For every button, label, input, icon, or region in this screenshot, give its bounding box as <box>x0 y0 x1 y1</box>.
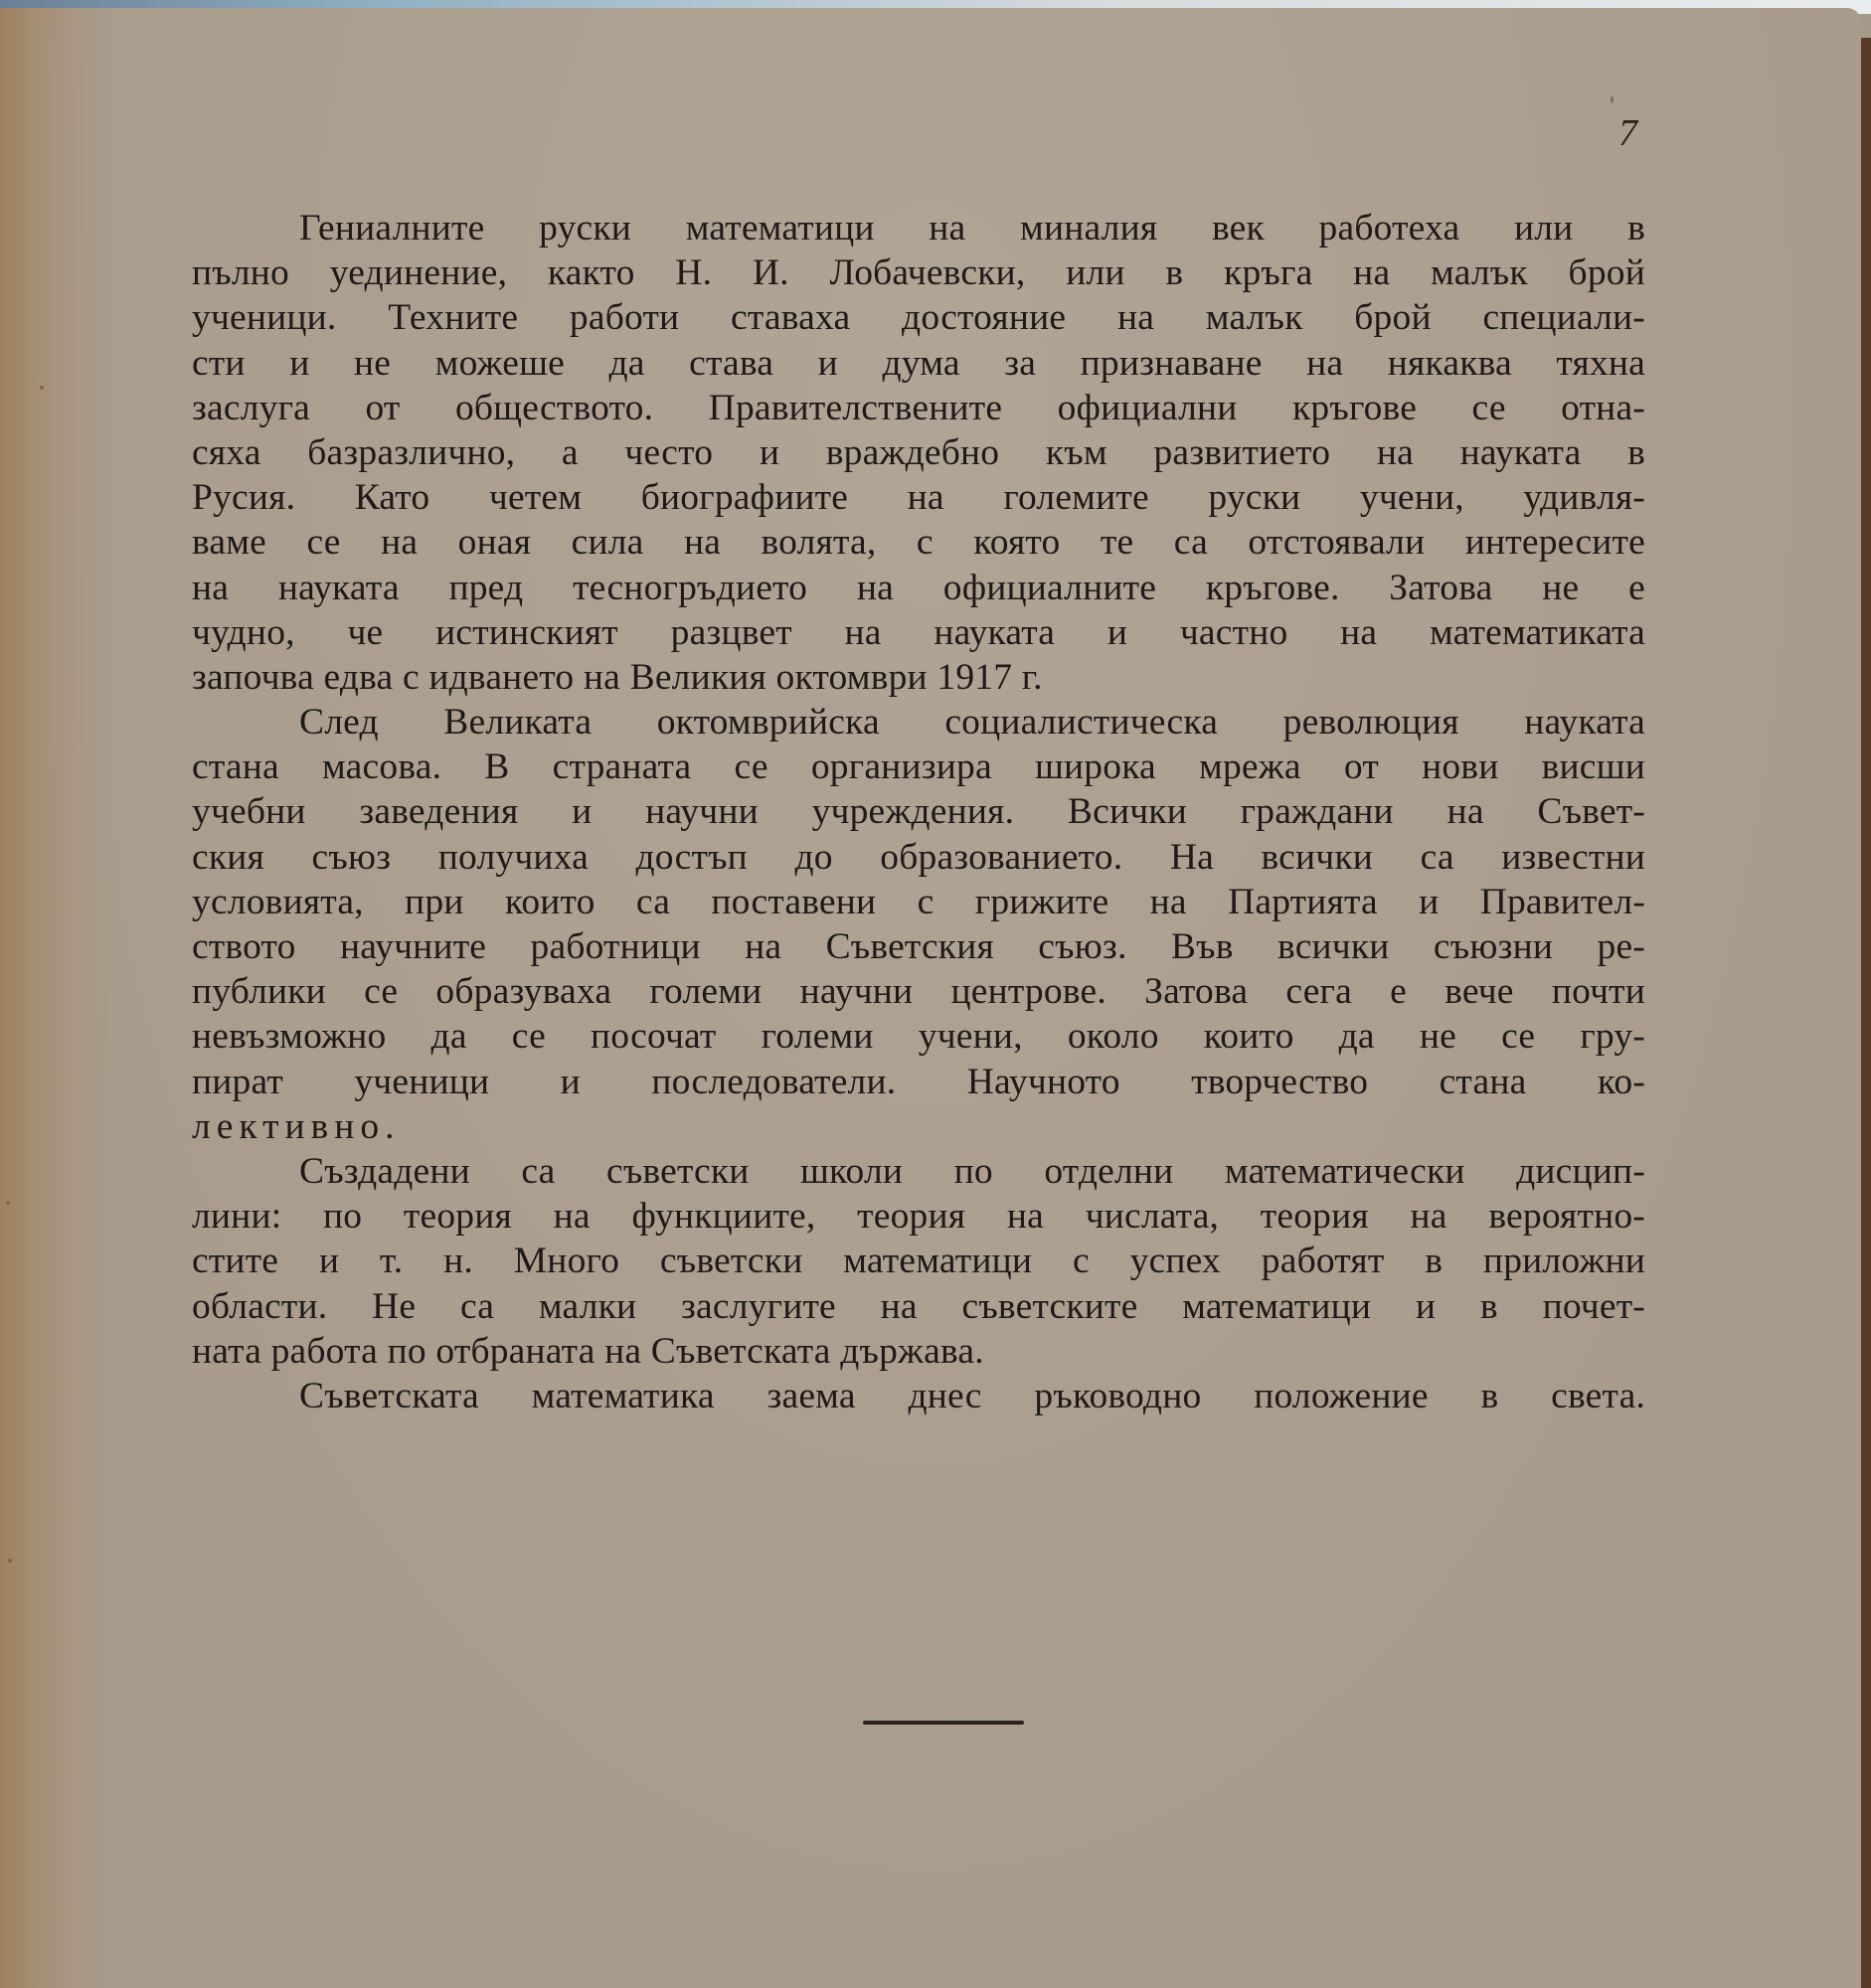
text-line: ученици. Техните работи ставаха достояни… <box>192 295 1645 340</box>
text-line: на науката пред тесногръдието на официал… <box>192 566 1645 610</box>
section-divider <box>863 1721 1024 1725</box>
text-line: Гениалните руски математици на миналия в… <box>192 206 1645 250</box>
paper-speck <box>40 386 44 390</box>
paragraph-4: Съветската математика заема днес ръковод… <box>192 1374 1645 1418</box>
paper-speck <box>6 1201 10 1205</box>
text-line: области. Не са малки заслугите на съветс… <box>192 1284 1645 1329</box>
paragraph-1: Гениалните руски математици на миналия в… <box>192 206 1645 700</box>
paper-speck <box>1611 95 1614 103</box>
text-line: публики се образуваха големи научни цент… <box>192 969 1645 1014</box>
page-number: 7 <box>1618 111 1637 155</box>
text-line: чудно, че истинският разцвет на науката … <box>192 610 1645 655</box>
text-line: сяха базразлично, а често и враждебно къ… <box>192 430 1645 475</box>
text-line: ския съюз получиха достъп до образование… <box>192 835 1645 880</box>
text-line: стите и т. н. Много съветски математици … <box>192 1239 1645 1283</box>
text-line: Русия. Като четем биографиите на големит… <box>192 475 1645 520</box>
paper-speck <box>8 1559 12 1563</box>
text-line: учебни заведения и научни учреждения. Вс… <box>192 789 1645 834</box>
text-line: Съветската математика заема днес ръковод… <box>192 1374 1645 1418</box>
paragraph-2: След Великата октомврийска социалистичес… <box>192 700 1645 1149</box>
text-line: условията, при които са поставени с гриж… <box>192 880 1645 924</box>
text-line: лини: по теория на функциите, теория на … <box>192 1194 1645 1239</box>
text-line: пълно уединение, както Н. И. Лобачевски,… <box>192 250 1645 295</box>
text-line: лективно. <box>192 1104 1645 1149</box>
text-line: ваме се на оная сила на волята, с която … <box>192 520 1645 565</box>
paragraph-3: Създадени са съветски школи по отделни м… <box>192 1149 1645 1374</box>
text-line: ната работа по отбраната на Съветската д… <box>192 1329 1645 1374</box>
text-line: След Великата октомврийска социалистичес… <box>192 700 1645 745</box>
text-line: Създадени са съветски школи по отделни м… <box>192 1149 1645 1194</box>
text-line: ството научните работници на Съветския с… <box>192 924 1645 969</box>
text-line: заслуга от обществото. Правителствените … <box>192 386 1645 430</box>
text-line: пират ученици и последователи. Научното … <box>192 1060 1645 1104</box>
text-line: невъзможно да се посочат големи учени, о… <box>192 1014 1645 1059</box>
body-text: Гениалните руски математици на миналия в… <box>192 206 1645 1418</box>
text-line: започва едва с идването на Великия октом… <box>192 655 1645 700</box>
text-line: сти и не можеше да става и дума за призн… <box>192 341 1645 386</box>
text-line: стана масова. В страната се организира ш… <box>192 745 1645 789</box>
